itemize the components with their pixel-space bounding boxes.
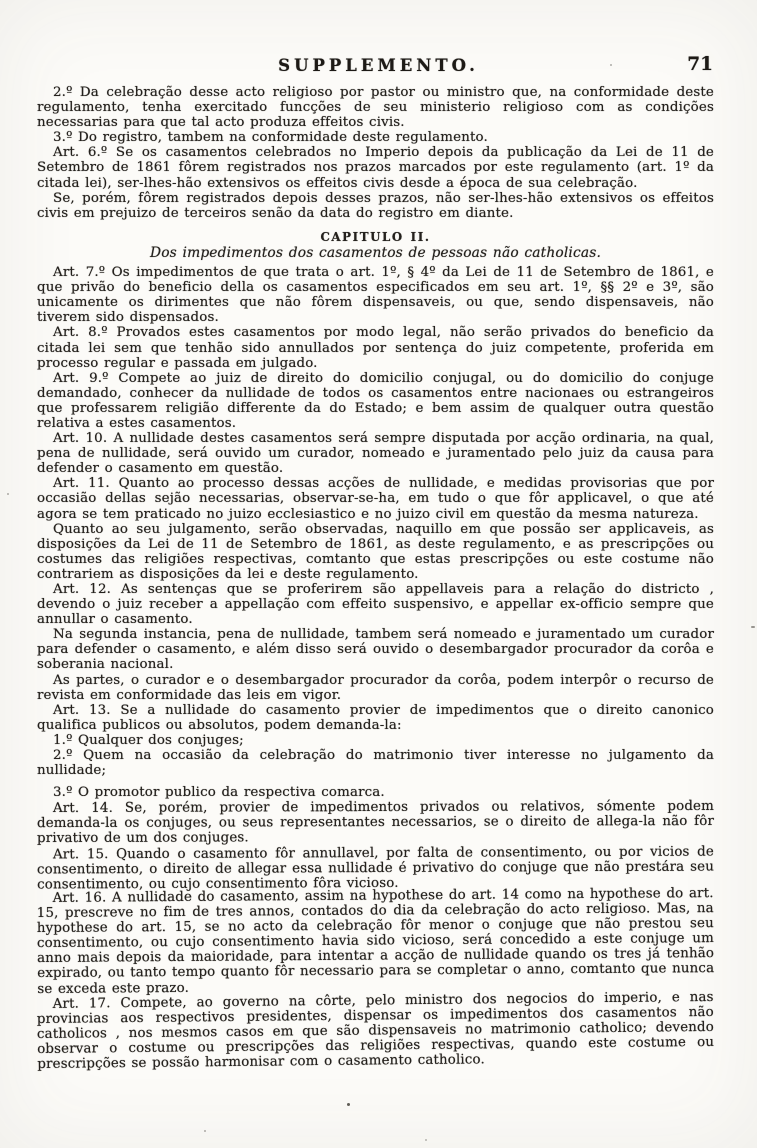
paragraph: Art. 7.º Os impedimentos de que trata o … — [37, 265, 714, 325]
paragraph: As partes, o curador e o desembargador p… — [37, 673, 714, 703]
scan-speck — [425, 1139, 427, 1141]
paragraph: 1.º Qualquer dos conjuges; — [37, 733, 714, 748]
page-body: 2.º Da celebração desse acto religioso p… — [37, 85, 714, 1072]
paragraph: Na segunda instancia, pena de nullidade,… — [37, 627, 714, 672]
paragraph: Art. 14. Se, porém, provier de impedimen… — [37, 799, 714, 846]
paragraph: Art. 13. Se a nullidade do casamento pro… — [37, 703, 714, 733]
scan-speck — [7, 493, 9, 495]
paragraph: Art. 11. Quanto ao processo dessas acçõe… — [37, 476, 714, 521]
paragraph: Art. 8.º Provados estes casamentos por m… — [37, 325, 714, 370]
scan-speck — [204, 1130, 206, 1132]
paragraph: Art. 10. A nullidade destes casamentos s… — [37, 431, 714, 476]
paragraph: 2.º Quem na occasião da celebração do ma… — [37, 748, 714, 778]
chapter-heading: CAPITULO II. — [37, 230, 714, 245]
paragraph: 2.º Da celebração desse acto religioso p… — [37, 85, 714, 130]
scanned-document-page: SUPPLEMENTO. 71 2.º Da celebração desse … — [0, 0, 757, 1148]
paragraph: Quanto ao seu julgamento, serão observad… — [37, 522, 714, 582]
scan-speck — [610, 64, 612, 66]
page-number: 71 — [687, 54, 713, 75]
paragraph: 3.º Do registro, tambem na conformidade … — [37, 130, 714, 145]
paragraph: Art. 12. As sentenças que se proferirem … — [37, 582, 714, 627]
running-head-title: SUPPLEMENTO. — [0, 56, 757, 75]
paragraph: Art. 16. A nullidade do casamento, assim… — [37, 886, 715, 997]
paragraph: Art. 9.º Compete ao juiz de direito do d… — [37, 371, 714, 431]
scan-speck — [552, 251, 554, 253]
paragraph: Art. 6.º Se os casamentos celebrados no … — [37, 145, 714, 190]
scan-speck — [751, 626, 755, 628]
paragraph: Art. 17. Compete, ao governo na côrte, p… — [37, 989, 715, 1072]
paragraph: Art. 15. Quando o casamento fôr annullav… — [37, 844, 714, 892]
paragraph: 3.º O promotor publico da respectiva com… — [37, 785, 714, 800]
scan-speck — [347, 1103, 350, 1106]
paragraph: Se, porém, fôrem registrados depois dess… — [37, 191, 714, 221]
chapter-subtitle: Dos impedimentos dos casamentos de pesso… — [37, 246, 714, 261]
